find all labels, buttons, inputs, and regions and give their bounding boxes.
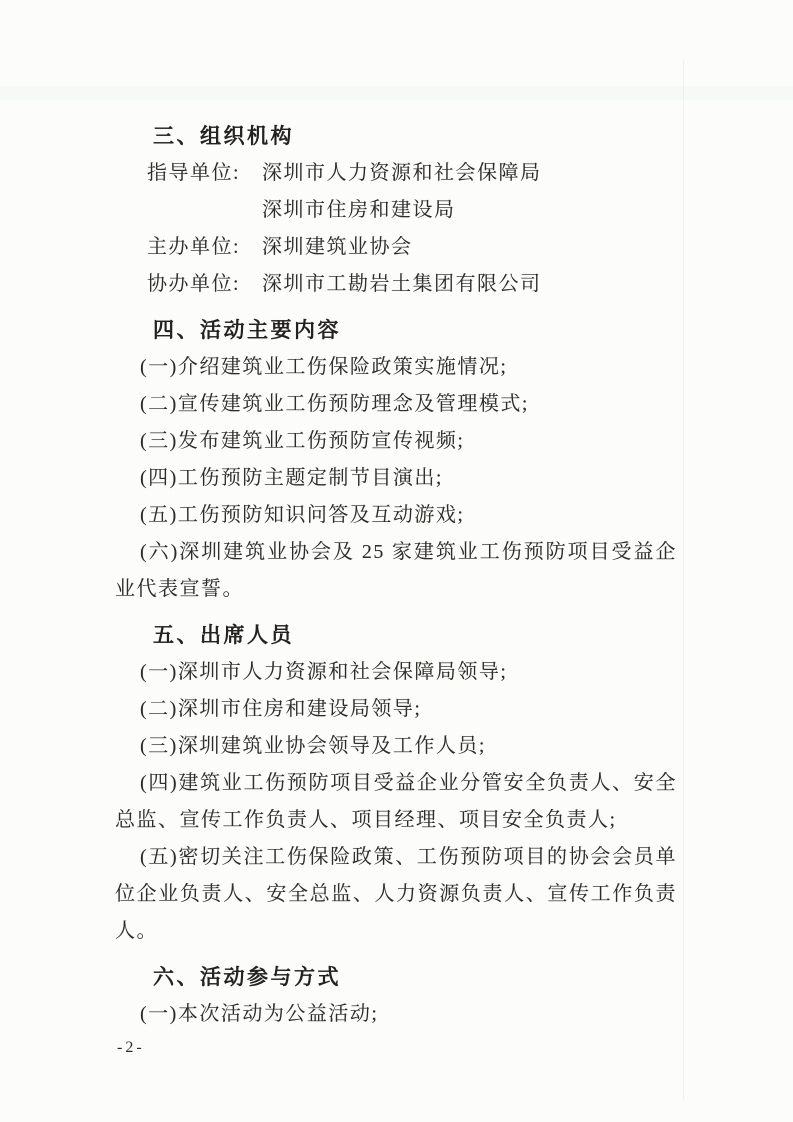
body-paragraph: (五)工伤预防知识问答及互动游戏;	[115, 497, 677, 534]
section-heading: 五、出席人员	[153, 617, 677, 654]
body-paragraph: (二)深圳市住房和建设局领导;	[115, 691, 677, 728]
org-row: 指导单位:深圳市人力资源和社会保障局深圳市住房和建设局	[147, 155, 677, 229]
body-paragraph: (四)建筑业工伤预防项目受益企业分管安全负责人、安全总监、宣传工作负责人、项目经…	[115, 765, 677, 839]
section-heading: 六、活动参与方式	[153, 959, 677, 996]
org-row-label: 协办单位:	[147, 266, 262, 303]
body-paragraph: (一)深圳市人力资源和社会保障局领导;	[115, 654, 677, 691]
org-row-label: 指导单位:	[147, 155, 262, 229]
body-paragraph: (五)密切关注工伤保险政策、工伤预防项目的协会会员单位企业负责人、安全总监、人力…	[115, 839, 677, 950]
org-row-values: 深圳市人力资源和社会保障局深圳市住房和建设局	[262, 155, 677, 229]
org-row-values: 深圳市工勘岩土集团有限公司	[262, 266, 677, 303]
org-row: 协办单位:深圳市工勘岩土集团有限公司	[147, 266, 677, 303]
body-paragraph: (一)本次活动为公益活动;	[115, 996, 677, 1033]
page-number: -2-	[117, 1038, 145, 1058]
body-paragraph: (三)深圳建筑业协会领导及工作人员;	[115, 728, 677, 765]
org-row-value: 深圳市住房和建设局	[262, 192, 677, 229]
body-paragraph: (六)深圳建筑业协会及 25 家建筑业工伤预防项目受益企业代表宣誓。	[115, 534, 677, 608]
org-row-value: 深圳市工勘岩土集团有限公司	[262, 266, 677, 303]
org-row-value: 深圳市人力资源和社会保障局	[262, 155, 677, 192]
scan-artifact-band	[0, 86, 793, 100]
section-heading: 四、活动主要内容	[153, 312, 677, 349]
org-row: 主办单位:深圳建筑业协会	[147, 229, 677, 266]
scan-artifact-line	[683, 60, 684, 1100]
body-paragraph: (四)工伤预防主题定制节目演出;	[115, 460, 677, 497]
section-heading: 三、组织机构	[153, 118, 677, 155]
body-paragraph: (二)宣传建筑业工伤预防理念及管理模式;	[115, 386, 677, 423]
body-paragraph: (三)发布建筑业工伤预防宣传视频;	[115, 423, 677, 460]
org-row-values: 深圳建筑业协会	[262, 229, 677, 266]
scanned-document-page: 三、组织机构指导单位:深圳市人力资源和社会保障局深圳市住房和建设局主办单位:深圳…	[0, 0, 793, 1122]
body-paragraph: (一)介绍建筑业工伤保险政策实施情况;	[115, 349, 677, 386]
org-row-value: 深圳建筑业协会	[262, 229, 677, 266]
document-body: 三、组织机构指导单位:深圳市人力资源和社会保障局深圳市住房和建设局主办单位:深圳…	[115, 118, 677, 1033]
org-row-label: 主办单位:	[147, 229, 262, 266]
